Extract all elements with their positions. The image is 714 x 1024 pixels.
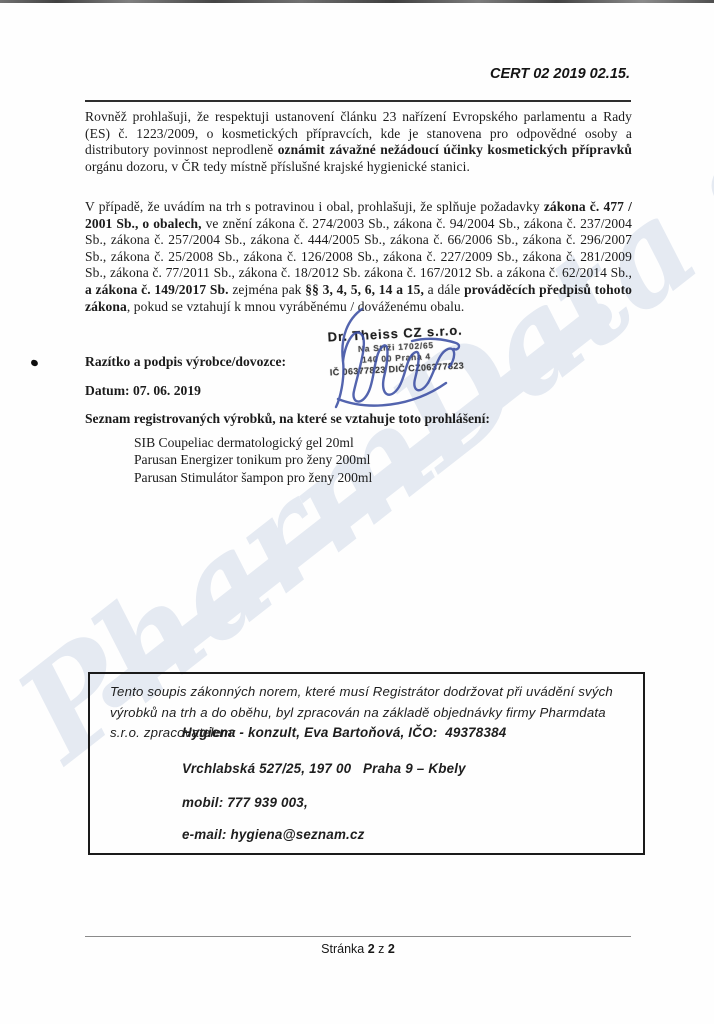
processor-email-line: e-mail: hygiena@seznam.cz bbox=[182, 827, 365, 842]
footer-divider bbox=[85, 936, 631, 937]
document-reference: CERT 02 2019 02.15. bbox=[85, 66, 630, 82]
product-item: Parusan Energizer tonikum pro ženy 200ml bbox=[134, 451, 372, 468]
paragraph-packaging-law: V případě, že uvádím na trh s potravinou… bbox=[85, 199, 632, 315]
text-run-bold: oznámit závažné nežádoucí účinky kosmeti… bbox=[278, 142, 632, 157]
page-number-footer: Stránka 2 z 2 bbox=[85, 942, 631, 956]
paragraph-eu-regulation: Rovněž prohlašuji, že respektuji ustanov… bbox=[85, 109, 632, 175]
footer-page-number: 2 bbox=[368, 942, 375, 956]
footer-total-pages: 2 bbox=[388, 942, 395, 956]
scan-edge-artifact bbox=[0, 0, 714, 3]
text-run: orgánu dozoru, v ČR tedy místně příslušn… bbox=[85, 159, 470, 174]
ink-dot-artifact bbox=[30, 359, 39, 367]
registered-products-list: SIB Coupeliac dermatologický gel 20ml Pa… bbox=[134, 434, 372, 486]
text-run: zejména pak bbox=[229, 282, 306, 297]
product-item: SIB Coupeliac dermatologický gel 20ml bbox=[134, 434, 372, 451]
date-label: Datum: 07. 06. 2019 bbox=[85, 383, 201, 399]
footer-separator: z bbox=[375, 942, 388, 956]
footer-prefix: Stránka bbox=[321, 942, 368, 956]
text-run-bold: §§ 3, 4, 5, 6, 14 a 15, bbox=[305, 282, 424, 297]
scanned-document-page: PharmData s. r. o. CERT 02 2019 02.15. R… bbox=[0, 0, 714, 1024]
text-run: a dále bbox=[424, 282, 464, 297]
text-run-bold: a zákona č. 149/2017 Sb. bbox=[85, 282, 229, 297]
stamp-signature-label: Razítko a podpis výrobce/dovozce: bbox=[85, 354, 286, 370]
processor-info-box: Tento soupis zákonných norem, které musí… bbox=[88, 672, 645, 855]
processor-address-line: Vrchlabská 527/25, 197 00 Praha 9 – Kbel… bbox=[182, 761, 466, 776]
processor-phone-line: mobil: 777 939 003, bbox=[182, 795, 308, 810]
product-item: Parusan Stimulátor šampon pro ženy 200ml bbox=[134, 469, 372, 486]
signature-scribble bbox=[316, 303, 476, 415]
processor-name-line: Hygiena - konzult, Eva Bartoňová, IČO: 4… bbox=[182, 725, 506, 740]
text-run: V případě, že uvádím na trh s potravinou… bbox=[85, 199, 544, 214]
header-divider bbox=[85, 100, 631, 102]
